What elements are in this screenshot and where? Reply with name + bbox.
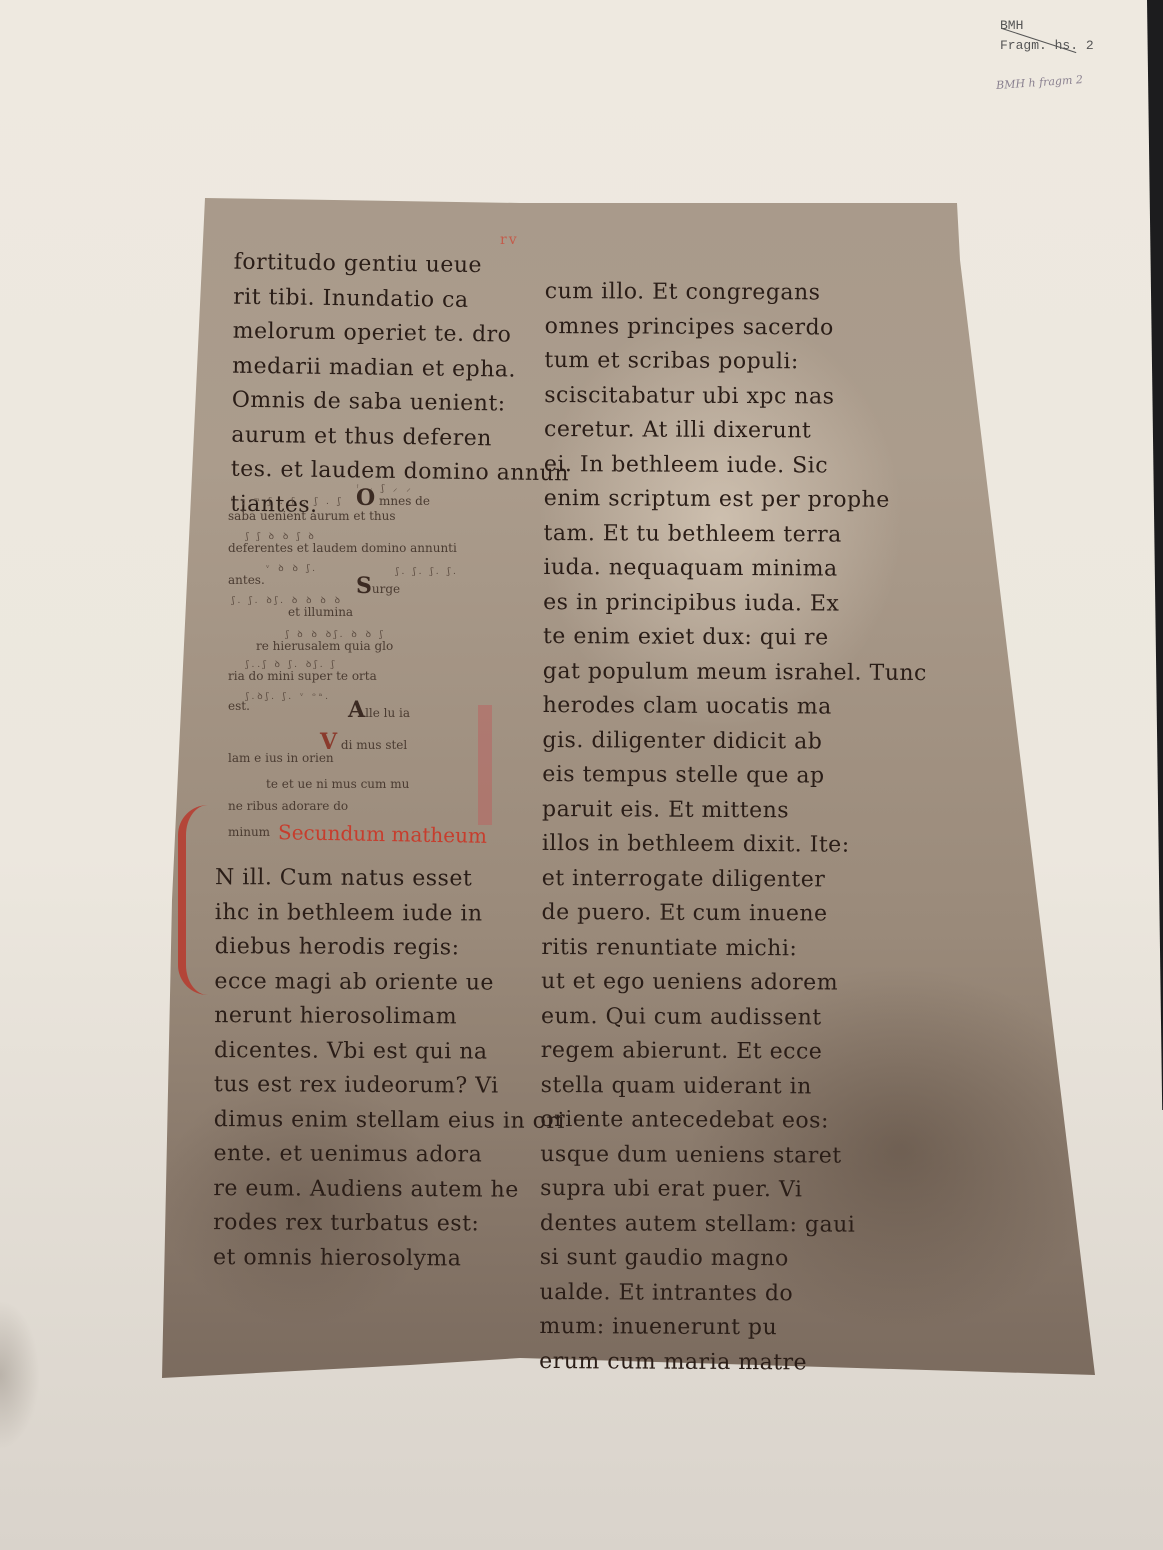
chant-line: ria do mini super te orta xyxy=(228,669,377,683)
chant-line: et illumina xyxy=(288,605,353,619)
chant-line: O mnes de xyxy=(356,485,430,511)
text-line: stella quam uiderant in xyxy=(541,1068,925,1105)
neumes: ᵛ ꝺ ꝺ ʃ. xyxy=(266,561,318,574)
text-line: rodes rex turbatus est: xyxy=(213,1206,564,1242)
dark-edge xyxy=(1147,0,1163,1110)
text-line: cum illo. Et congregans xyxy=(545,275,929,312)
text-line: mum: inuenerunt pu xyxy=(539,1310,923,1347)
text-line: gis. diligenter didicit ab xyxy=(542,723,926,760)
text-line: melorum operiet te. dro xyxy=(232,315,571,354)
text-line: tum et scribas populi: xyxy=(544,344,928,381)
text-line: omnes principes sacerdo xyxy=(545,310,929,347)
initial-s: S xyxy=(356,573,372,599)
text-line: de puero. Et cum inuene xyxy=(541,896,925,933)
chant-line: minum xyxy=(228,825,270,839)
chant-line: Alle lu ia xyxy=(348,697,410,723)
chant-line: Surge xyxy=(356,573,400,599)
neumes: ʃ. ʃ. ʃ. ʃ. xyxy=(396,567,459,577)
initial-o: O xyxy=(356,485,375,511)
text-line: regem abierunt. Et ecce xyxy=(541,1034,925,1071)
text-line: ualde. Et intrantes do xyxy=(539,1275,923,1312)
text-line: aurum et thus deferen xyxy=(231,418,570,457)
text-line: et omnis hierosolyma xyxy=(213,1241,564,1277)
text-line: medarii madian et epha. xyxy=(232,349,571,388)
text-line: tus est rex iudeorum? Vi xyxy=(214,1068,565,1104)
chant-line: saba uenient aurum et thus xyxy=(228,509,396,523)
text-line: herodes clam uocatis ma xyxy=(543,689,927,726)
text-line: es in principibus iuda. Ex xyxy=(543,585,927,622)
text-line: re eum. Audiens autem he xyxy=(213,1172,564,1208)
text-line: gat populum meum israhel. Tunc xyxy=(543,654,927,691)
chant-text: lle lu ia xyxy=(365,706,410,720)
text-line: dicentes. Vbi est qui na xyxy=(214,1034,565,1070)
neumes: ꜛ ; ᵐ ʃ . ʃ ; ʃ . ʃ xyxy=(230,497,343,507)
right-column: cum illo. Et congregans omnes principes … xyxy=(539,275,929,1381)
text-line: et interrogate diligenter xyxy=(542,861,926,898)
text-line: dentes autem stellam: gaui xyxy=(540,1206,924,1243)
left-column-bottom: N ill. Cum natus esset ihc in bethleem i… xyxy=(213,861,566,1277)
text-line: ente. et uenimus adora xyxy=(213,1137,564,1173)
neumes: ʃ.ꝺʃ. ʃ. ᵛ ᵒᵃ. xyxy=(246,689,331,702)
chant-line: re hierusalem quia glo xyxy=(256,639,393,653)
label-number: 2 xyxy=(1086,38,1094,53)
text-line: oriente antecedebat eos: xyxy=(540,1103,924,1140)
chant-line: ne ribus adorare do xyxy=(228,799,348,813)
text-line: sciscitabatur ubi xpc nas xyxy=(544,379,928,416)
text-line: eum. Qui cum audissent xyxy=(541,999,925,1036)
text-line: usque dum ueniens staret xyxy=(540,1137,924,1174)
chant-line: lam e ius in orien xyxy=(228,751,334,765)
initial-a: A xyxy=(348,697,365,723)
text-line: eis tempus stelle que ap xyxy=(542,758,926,795)
text-line: illos in bethleem dixit. Ite: xyxy=(542,827,926,864)
struck-prefix: BMH xyxy=(1000,18,1023,33)
chant-line: est. xyxy=(228,699,250,713)
text-line: N ill. Cum natus esset xyxy=(215,861,566,897)
text-line: erum cum maria matre xyxy=(539,1344,923,1381)
table-shadow xyxy=(0,1300,40,1450)
text-line: si sunt gaudio magno xyxy=(540,1241,924,1278)
chant-line: te et ue ni mus cum mu xyxy=(266,777,409,791)
decorated-initial-l xyxy=(178,805,214,995)
text-line: nerunt hierosolimam xyxy=(214,999,565,1035)
shelfmark-label: BMH Fragm. hs. 2 BMH h fragm 2 xyxy=(1000,18,1140,87)
text-line: ihc in bethleem iude in xyxy=(215,896,566,932)
text-line: paruit eis. Et mittens xyxy=(542,792,926,829)
text-line: rit tibi. Inundatio ca xyxy=(233,280,572,319)
red-pen-mark xyxy=(478,705,492,825)
text-line: ut et ego ueniens adorem xyxy=(541,965,925,1002)
chant-line: antes. xyxy=(228,573,265,587)
text-line: ritis renuntiate michi: xyxy=(541,930,925,967)
rubric-heading: Secundum matheum xyxy=(278,820,487,848)
text-line: Omnis de saba uenient: xyxy=(232,384,571,423)
text-line: diebus herodis regis: xyxy=(215,930,566,966)
text-line: supra ubi erat puer. Vi xyxy=(540,1172,924,1209)
chant-text: mnes de xyxy=(379,494,430,508)
pencil-note: BMH h fragm 2 xyxy=(996,69,1141,92)
chant-notation: ꜛ ⸝ ʃ ⸝ ⸝ O mnes de ꜛ ; ᵐ ʃ . ʃ ; ʃ . ʃ … xyxy=(226,485,496,825)
text-line: te enim exiet dux: qui re xyxy=(543,620,927,657)
chant-line: deferentes et laudem domino annunti xyxy=(228,541,457,555)
text-line: enim scriptum est per prophe xyxy=(544,482,928,519)
chant-text: urge xyxy=(372,582,400,596)
text-line: ecce magi ab oriente ue xyxy=(214,965,565,1001)
text-line: ceretur. At illi dixerunt xyxy=(544,413,928,450)
text-line: iuda. nequaquam minima xyxy=(543,551,927,588)
text-line: tam. Et tu bethleem terra xyxy=(543,516,927,553)
running-mark: rv xyxy=(500,232,519,248)
text-line: fortitudo gentiu ueue xyxy=(233,246,572,285)
chant-text: di mus stel xyxy=(341,738,407,752)
text-line: dimus enim stellam eius in ori xyxy=(214,1103,565,1139)
text-line: ei. In bethleem iude. Sic xyxy=(544,447,928,484)
